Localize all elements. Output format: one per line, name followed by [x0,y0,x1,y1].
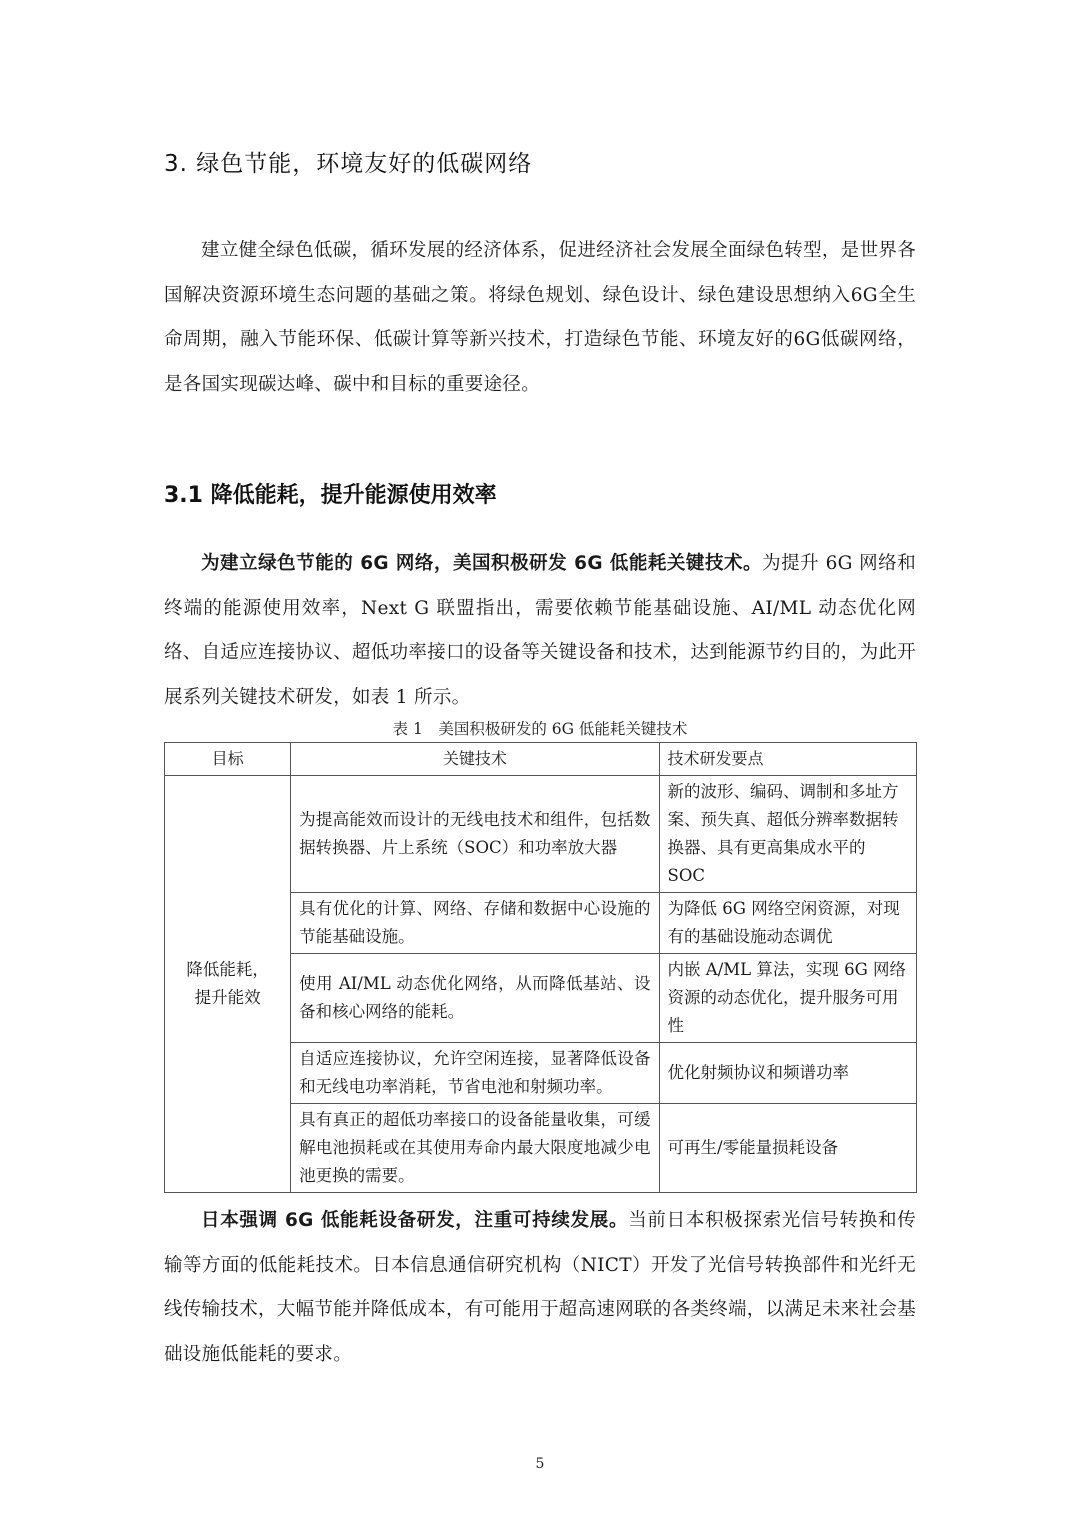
tech-cell: 具有真正的超低功率接口的设备能量收集，可缓解电池损耗或在其使用寿命内最大限度地减… [291,1104,659,1193]
section-paragraph: 建立健全绿色低碳，循环发展的经济体系，促进经济社会发展全面绿色转型，是世界各国解… [164,229,916,407]
point-cell: 可再生/零能量损耗设备 [659,1104,916,1193]
point-cell: 为降低 6G 网络空闲资源，对现有的基础设施动态调优 [659,893,916,954]
header-goal: 目标 [165,743,291,776]
table-header-row: 目标 关键技术 技术研发要点 [165,743,917,776]
table-row: 降低能耗，提升能效 为提高能效而设计的无线电技术和组件，包括数据转换器、片上系统… [165,776,917,893]
point-cell: 新的波形、编码、调制和多址方案、预失真、超低分辨率数据转换器、具有更高集成水平的… [659,776,916,893]
point-cell: 内嵌 A/ML 算法，实现 6G 网络资源的动态优化，提升服务可用性 [659,954,916,1043]
header-tech: 关键技术 [291,743,659,776]
goal-cell: 降低能耗，提升能效 [165,776,291,1193]
page-number: 5 [0,1456,1080,1472]
point-cell: 优化射频协议和频谱功率 [659,1043,916,1104]
japan-body-text: 当前日本积极探索光信号转换和传输等方面的低能耗技术。日本信息通信研究机构（NIC… [164,1210,916,1365]
tech-cell: 使用 AI/ML 动态优化网络，从而降低基站、设备和核心网络的能耗。 [291,954,659,1043]
subsection-heading: 3.1 降低能耗，提升能源使用效率 [164,478,497,509]
tech-cell: 具有优化的计算、网络、存储和数据中心设施的节能基础设施。 [291,893,659,954]
subsection-paragraph-japan: 日本强调 6G 低能耗设备研发，注重可持续发展。当前日本积极探索光信号转换和传输… [164,1199,916,1377]
us-body-text: 为提升 6G 网络和终端的能源使用效率，Next G 联盟指出，需要依赖节能基础… [164,553,916,708]
tech-cell: 为提高能效而设计的无线电技术和组件，包括数据转换器、片上系统（SOC）和功率放大… [291,776,659,893]
header-points: 技术研发要点 [659,743,916,776]
subsection-paragraph-us: 为建立绿色节能的 6G 网络，美国积极研发 6G 低能耗关键技术。为提升 6G … [164,542,916,720]
section-heading: 3. 绿色节能，环境友好的低碳网络 [164,145,532,178]
us-lead-sentence: 为建立绿色节能的 6G 网络，美国积极研发 6G 低能耗关键技术。 [201,553,762,574]
table-caption: 表 1 美国积极研发的 6G 低能耗关键技术 [164,717,916,739]
goal-text: 降低能耗，提升能效 [182,956,274,1012]
japan-lead-sentence: 日本强调 6G 低能耗设备研发，注重可持续发展。 [201,1210,628,1231]
key-tech-table: 目标 关键技术 技术研发要点 降低能耗，提升能效 为提高能效而设计的无线电技术和… [164,742,917,1193]
tech-cell: 自适应连接协议，允许空闲连接，显著降低设备和无线电功率消耗，节省电池和射频功率。 [291,1043,659,1104]
